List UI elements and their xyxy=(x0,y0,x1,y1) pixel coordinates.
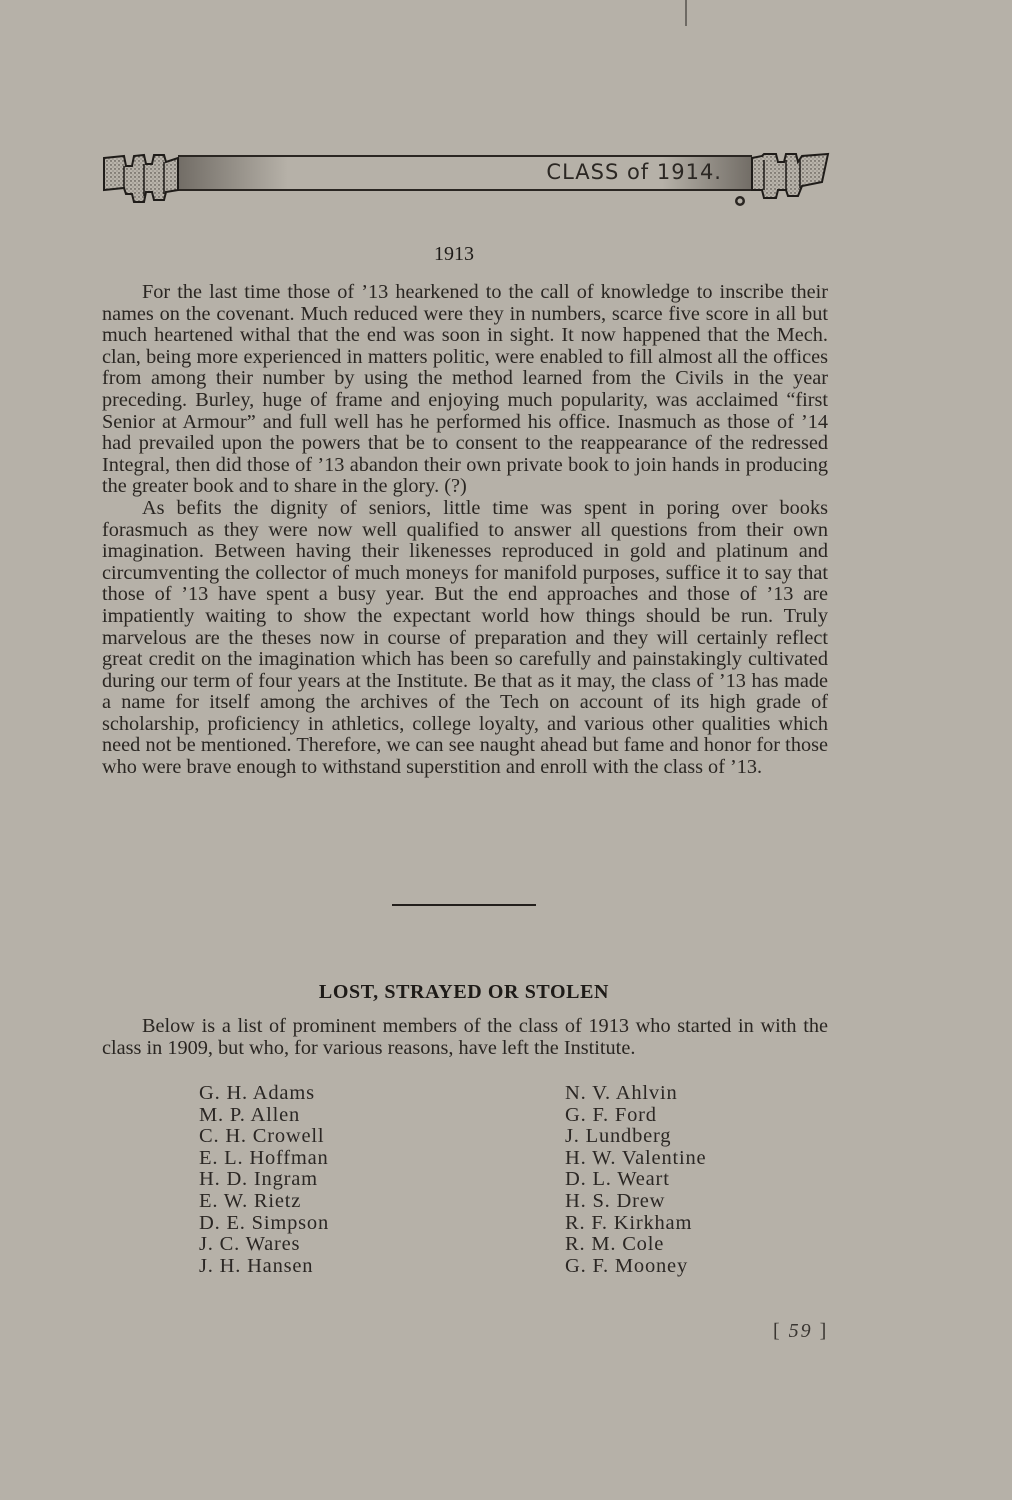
name-item: D. E. Simpson xyxy=(199,1213,329,1235)
intro-paragraph: Below is a list of prominent members of … xyxy=(102,1015,828,1059)
name-item: J. H. Hansen xyxy=(199,1256,329,1278)
name-item: G. H. Adams xyxy=(199,1083,329,1105)
section-year-heading: 1913 xyxy=(0,243,1012,266)
name-item: D. L. Weart xyxy=(565,1169,706,1191)
name-item: G. F. Ford xyxy=(565,1105,706,1127)
lost-section-title: LOST, STRAYED OR STOLEN xyxy=(319,981,609,1003)
paragraph: For the last time those of ’13 hearkened… xyxy=(102,282,828,498)
lost-section-heading: LOST, STRAYED OR STOLEN xyxy=(0,981,1012,1004)
names-list-right: N. V. Ahlvin G. F. Ford J. Lundberg H. W… xyxy=(565,1083,706,1277)
lost-section-intro: Below is a list of prominent members of … xyxy=(102,1015,828,1059)
paragraph: As befits the dignity of seniors, little… xyxy=(102,498,828,779)
name-item: H. W. Valentine xyxy=(565,1148,706,1170)
name-item: M. P. Allen xyxy=(199,1105,329,1127)
name-item: H. D. Ingram xyxy=(199,1169,329,1191)
bracket-open: [ xyxy=(773,1320,782,1342)
page-number: [ 59 ] xyxy=(773,1320,828,1343)
names-list-left: G. H. Adams M. P. Allen C. H. Crowell E.… xyxy=(199,1083,329,1277)
page-number-value: 59 xyxy=(789,1320,813,1342)
name-item: E. W. Rietz xyxy=(199,1191,329,1213)
name-item: H. S. Drew xyxy=(565,1191,706,1213)
name-item: R. F. Kirkham xyxy=(565,1213,706,1235)
banner-title: CLASS of 1914. xyxy=(546,160,722,184)
name-item: J. Lundberg xyxy=(565,1126,706,1148)
section-divider xyxy=(392,904,536,906)
name-item: R. M. Cole xyxy=(565,1234,706,1256)
class-banner: CLASS of 1914. xyxy=(102,152,830,200)
name-item: J. C. Wares xyxy=(199,1234,329,1256)
name-item: C. H. Crowell xyxy=(199,1126,329,1148)
article-body: For the last time those of ’13 hearkened… xyxy=(102,282,828,779)
binding-mark xyxy=(685,0,687,26)
name-item: N. V. Ahlvin xyxy=(565,1083,706,1105)
name-item: E. L. Hoffman xyxy=(199,1148,329,1170)
year-heading-text: 1913 xyxy=(434,243,474,265)
bracket-close: ] xyxy=(820,1320,829,1342)
name-item: G. F. Mooney xyxy=(565,1256,706,1278)
